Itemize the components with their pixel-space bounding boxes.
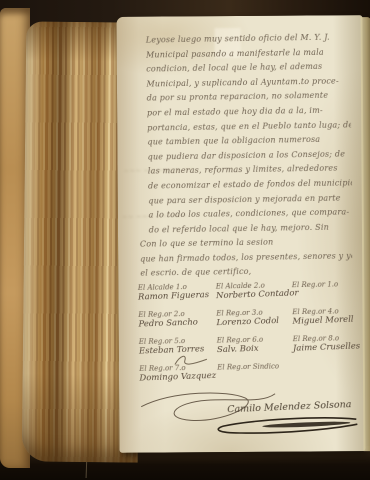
closing-text-block: Con lo que se termino la sesion que han … <box>140 236 353 283</box>
manuscript-page: ~~~ ~~ ~~~~ ~~ ~~ ~~~ ~~ ~~~ Leyose lueg… <box>116 15 365 453</box>
signer-title: El Reg.or 1.o <box>292 280 358 289</box>
signature-underline-flourish <box>211 415 361 438</box>
signature-cell: El Reg.or Sindico <box>217 362 293 390</box>
signature-name: Lorenzo Codol <box>216 316 292 329</box>
signature-cell: El Reg.or 8.o Jaime Cruselles <box>293 334 359 362</box>
signature-name: Ramon Figueras <box>138 290 216 303</box>
signature-name: Salv. Boix <box>217 343 293 356</box>
signature-cell: El Alcalde 2.o Norberto Contador <box>216 281 292 309</box>
body-text-block: Leyose luego muy sentido oficio del M. Y… <box>146 32 353 239</box>
signer-title: El Reg.or Sindico <box>217 362 293 371</box>
page-right-edge <box>360 17 370 451</box>
signature-name: Pedro Sancho <box>138 317 216 330</box>
signature-cell: El Reg.or 1.o <box>292 280 358 308</box>
signature-name: Miguel Morell <box>292 314 358 326</box>
signer-title <box>293 361 359 362</box>
signature-name: Jaime Cruselles <box>293 341 359 353</box>
signature-name: Domingo Vazquez <box>139 371 217 384</box>
signature-cell: El Reg.or 6.o Salv. Boix <box>217 335 293 363</box>
signature-block: El Alcalde 1.o Ramon Figueras El Alcalde… <box>138 280 360 392</box>
signature-cell: El Alcalde 1.o Ramon Figueras <box>138 283 216 311</box>
photo-of-manuscript-book: ~~~ ~~ ~~~~ ~~ ~~ ~~~ ~~ ~~~ Leyose lueg… <box>0 0 370 480</box>
pen-flourish-small <box>171 352 211 368</box>
signature-cell: El Reg.or 2.o Pedro Sancho <box>138 310 216 338</box>
signature-cell <box>293 361 359 389</box>
signature-cell: El Reg.or 4.o Miguel Morell <box>292 307 358 335</box>
signature-name: Norberto Contador <box>216 289 292 302</box>
signature-cell: El Reg.or 3.o Lorenzo Codol <box>216 308 292 336</box>
